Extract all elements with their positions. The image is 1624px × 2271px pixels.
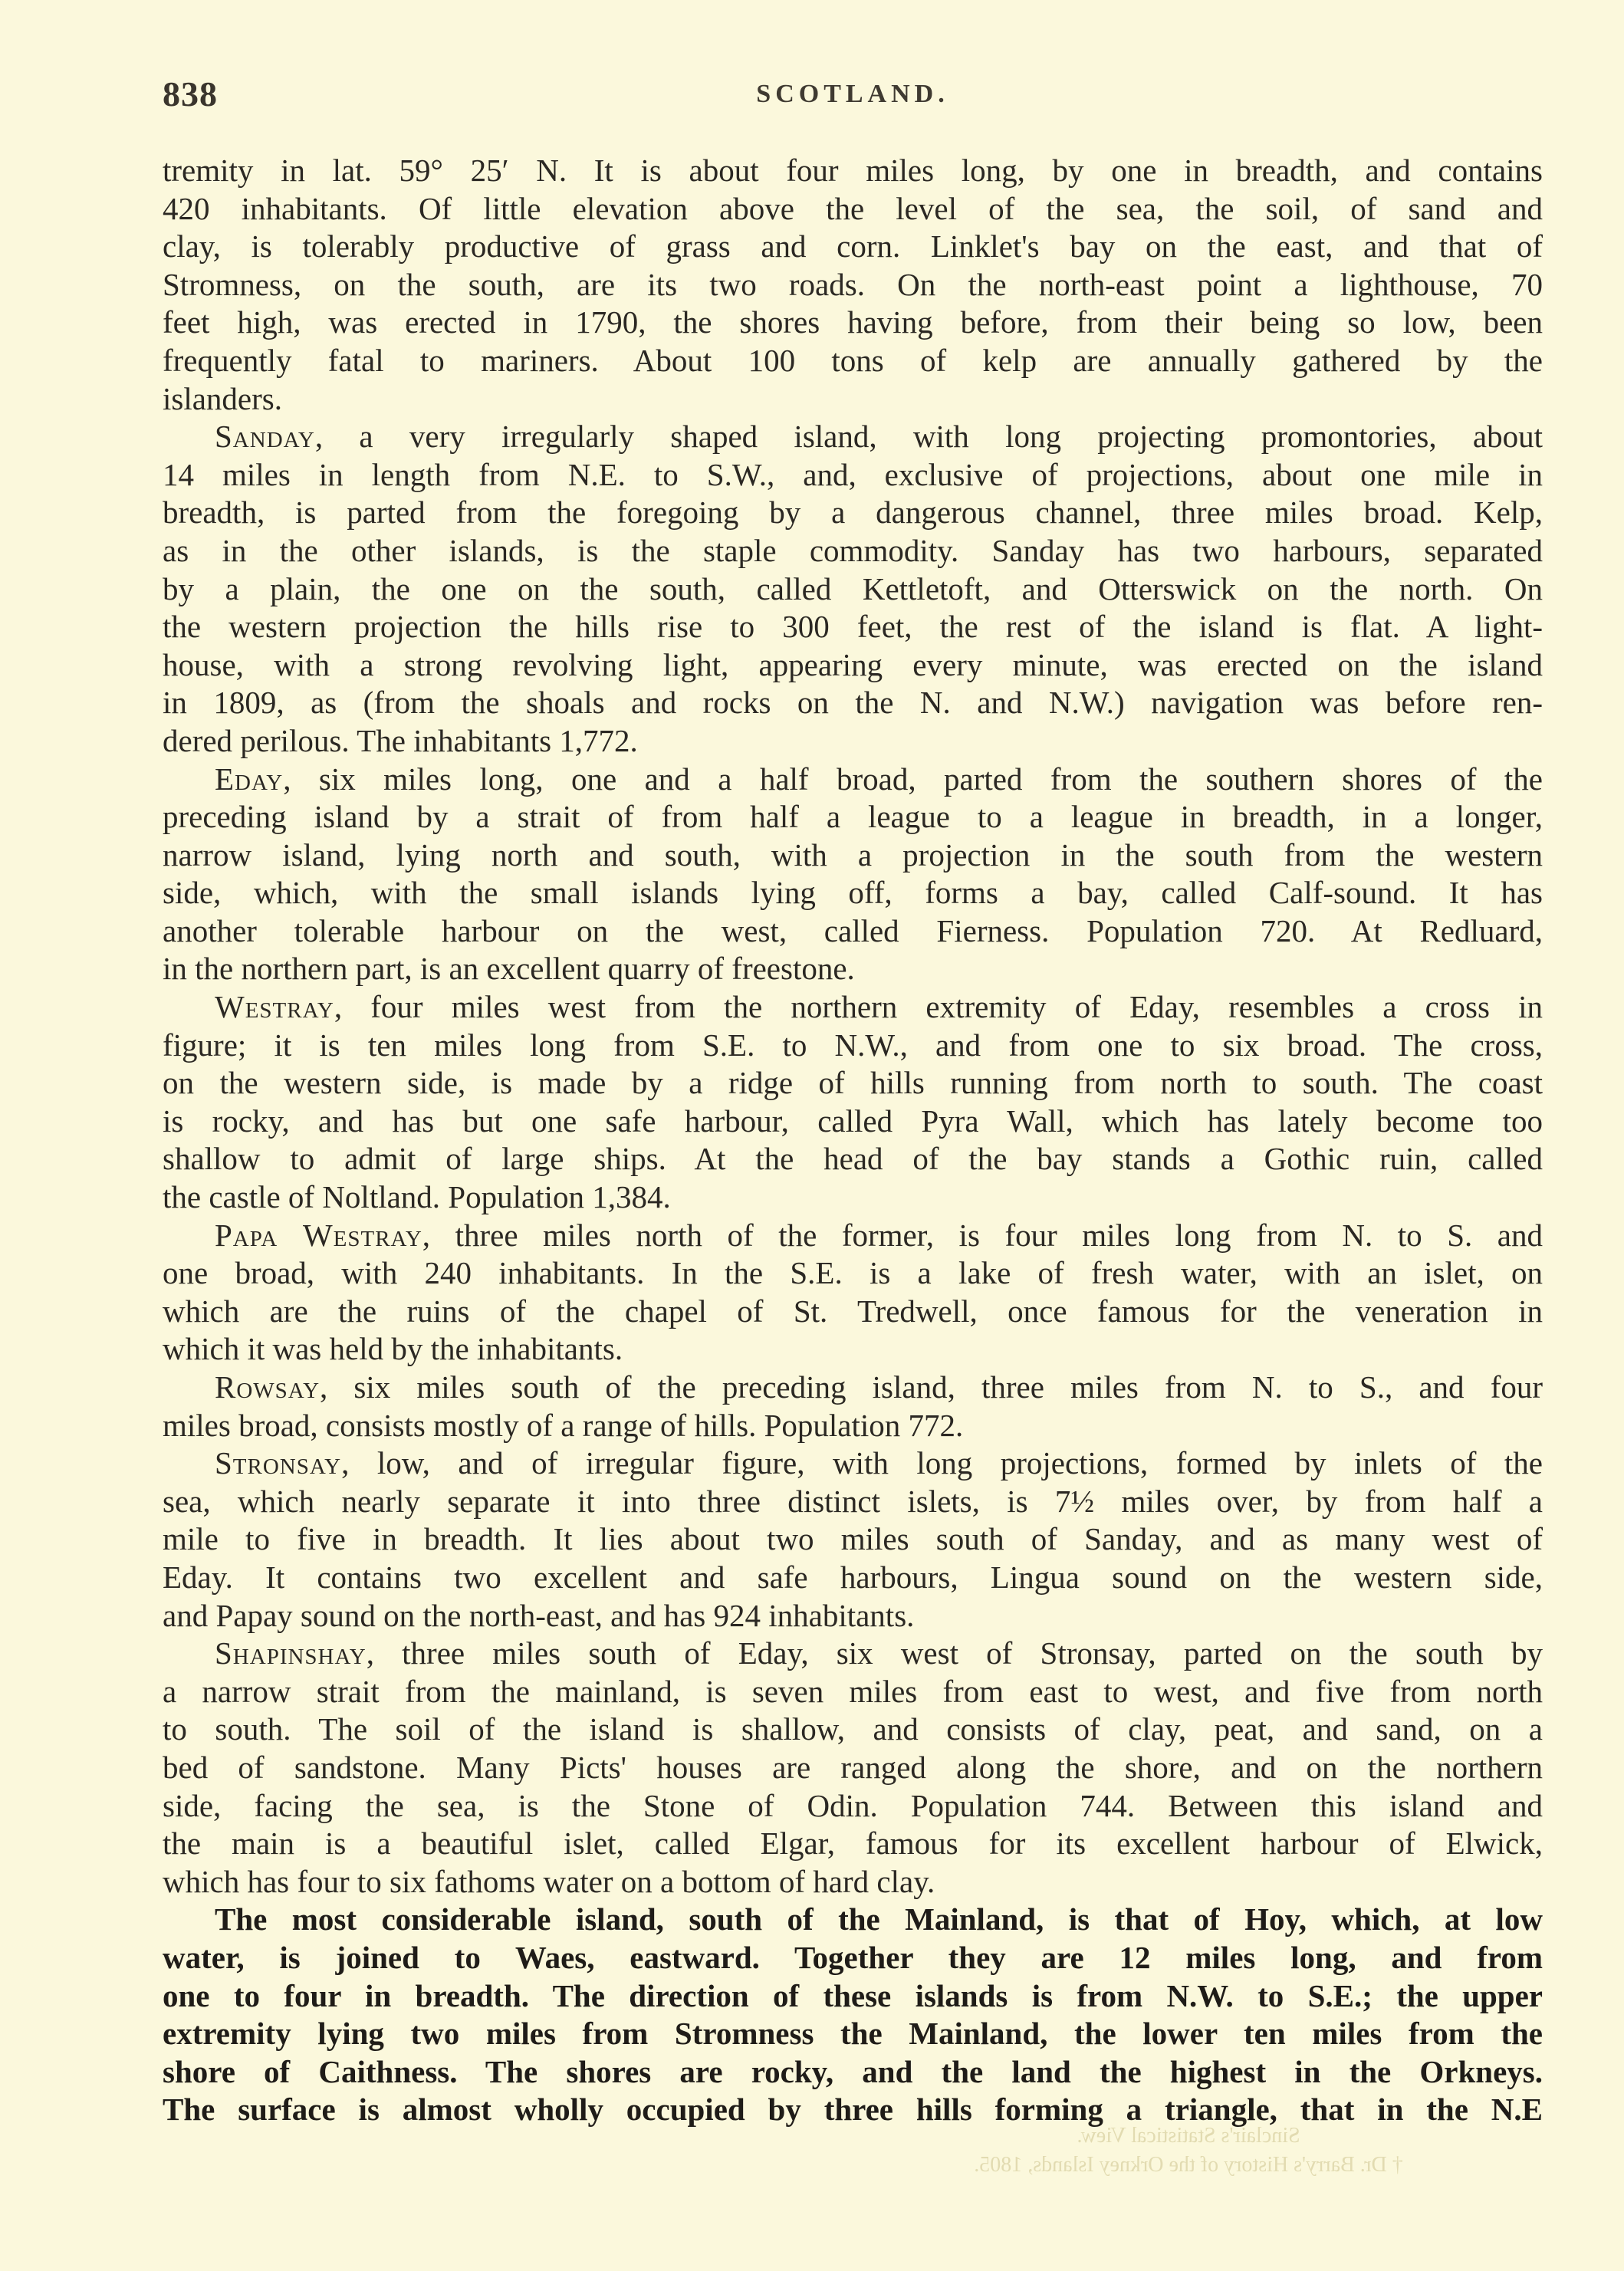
line-text: the main is a beautiful islet, called El… (163, 1826, 1543, 1861)
line-text: mile to five in breadth. It lies about t… (163, 1521, 1543, 1556)
text-line: Eday. It contains two excellent and safe… (163, 1559, 1543, 1597)
text-line: dered perilous. The inhabitants 1,772. (163, 722, 1543, 761)
line-text: The most considerable island, south of t… (215, 1901, 1543, 1937)
line-text: is rocky, and has but one safe harbour, … (163, 1103, 1543, 1139)
text-line: house, with a strong revolving light, ap… (163, 646, 1543, 685)
text-line: shallow to admit of large ships. At the … (163, 1140, 1543, 1178)
line-text: on the western side, is made by a ridge … (163, 1065, 1543, 1100)
paragraph-start-line: Eday, six miles long, one and a half bro… (163, 761, 1543, 799)
line-text: which has four to six fathoms water on a… (163, 1864, 935, 1899)
line-text: sea, which nearly separate it into three… (163, 1484, 1543, 1519)
line-text: , six miles long, one and a half broad, … (283, 761, 1543, 797)
line-text: side, which, with the small islands lyin… (163, 875, 1543, 910)
text-line: side, facing the sea, is the Stone of Od… (163, 1787, 1543, 1826)
text-line: mile to five in breadth. It lies about t… (163, 1520, 1543, 1559)
text-line: one to four in breadth. The direction of… (163, 1977, 1543, 2016)
text-line: to south. The soil of the island is shal… (163, 1711, 1543, 1749)
line-text: 14 miles in length from N.E. to S.W., an… (163, 457, 1543, 492)
text-line: figure; it is ten miles long from S.E. t… (163, 1027, 1543, 1065)
text-line: extremity lying two miles from Stromness… (163, 2015, 1543, 2053)
text-line: and Papay sound on the north-east, and h… (163, 1597, 1543, 1635)
text-line: sea, which nearly separate it into three… (163, 1483, 1543, 1521)
text-line: another tolerable harbour on the west, c… (163, 912, 1543, 951)
line-text: extremity lying two miles from Stromness… (163, 2016, 1543, 2051)
text-line: 420 inhabitants. Of little elevation abo… (163, 190, 1543, 228)
line-text: narrow island, lying north and south, wi… (163, 837, 1543, 873)
text-line: miles broad, consists mostly of a range … (163, 1407, 1543, 1445)
line-text: frequently fatal to mariners. About 100 … (163, 343, 1543, 378)
body-text: tremity in lat. 59° 25′ N. It is about f… (163, 152, 1543, 2129)
text-line: frequently fatal to mariners. About 100 … (163, 342, 1543, 380)
text-line: tremity in lat. 59° 25′ N. It is about f… (163, 152, 1543, 190)
text-line: water, is joined to Waes, eastward. Toge… (163, 1939, 1543, 1977)
text-line: which are the ruins of the chapel of St.… (163, 1293, 1543, 1331)
island-name: Papa Westray (215, 1218, 422, 1253)
text-line: breadth, is parted from the foregoing by… (163, 494, 1543, 532)
text-line: the western projection the hills rise to… (163, 608, 1543, 646)
line-text: preceding island by a strait of from hal… (163, 799, 1543, 834)
line-text: tremity in lat. 59° 25′ N. It is about f… (163, 153, 1543, 188)
line-text: one to four in breadth. The direction of… (163, 1978, 1543, 2013)
line-text: by a plain, the one on the south, called… (163, 571, 1543, 606)
paragraph-start-line: Papa Westray, three miles north of the f… (163, 1217, 1543, 1255)
page-header: 838 SCOTLAND. (163, 74, 1543, 120)
text-line: as in the other islands, is the staple c… (163, 532, 1543, 570)
text-line: narrow island, lying north and south, wi… (163, 836, 1543, 875)
line-text: miles broad, consists mostly of a range … (163, 1408, 963, 1443)
line-text: Eday. It contains two excellent and safe… (163, 1559, 1543, 1595)
line-text: in 1809, as (from the shoals and rocks o… (163, 685, 1543, 720)
line-text: a narrow strait from the mainland, is se… (163, 1674, 1543, 1709)
line-text: which it was held by the inhabitants. (163, 1331, 623, 1366)
line-text: shallow to admit of large ships. At the … (163, 1141, 1543, 1176)
line-text: clay, is tolerably productive of grass a… (163, 228, 1543, 264)
line-text: as in the other islands, is the staple c… (163, 533, 1543, 568)
line-text: bed of sandstone. Many Picts' houses are… (163, 1750, 1543, 1785)
text-line: the castle of Noltland. Population 1,384… (163, 1178, 1543, 1217)
line-text: , six miles south of the preceding islan… (320, 1369, 1543, 1405)
line-text: house, with a strong revolving light, ap… (163, 647, 1543, 682)
line-text: shore of Caithness. The shores are rocky… (163, 2054, 1543, 2089)
text-line: which it was held by the inhabitants. (163, 1330, 1543, 1369)
text-line: Stromness, on the south, are its two roa… (163, 266, 1543, 304)
island-name: Westray (215, 989, 334, 1024)
text-line: 14 miles in length from N.E. to S.W., an… (163, 456, 1543, 495)
line-text: one broad, with 240 inhabitants. In the … (163, 1255, 1543, 1290)
bleed-through-footnote-1: Sinclair's Statistical View. (882, 2124, 1495, 2148)
line-text: Stromness, on the south, are its two roa… (163, 267, 1543, 302)
line-text: to south. The soil of the island is shal… (163, 1711, 1543, 1747)
text-line: islanders. (163, 380, 1543, 419)
island-name: Rowsay (215, 1369, 320, 1405)
line-text: the western projection the hills rise to… (163, 609, 1543, 644)
line-text: , four miles west from the northern extr… (334, 989, 1543, 1024)
island-name: Eday (215, 761, 283, 797)
line-text: the castle of Noltland. Population 1,384… (163, 1179, 671, 1214)
island-name: Shapinshay (215, 1635, 367, 1671)
text-line: the main is a beautiful islet, called El… (163, 1825, 1543, 1863)
text-line: a narrow strait from the mainland, is se… (163, 1673, 1543, 1711)
paragraph-start-line: Stronsay, low, and of irregular figure, … (163, 1444, 1543, 1483)
line-text: another tolerable harbour on the west, c… (163, 913, 1543, 948)
line-text: side, facing the sea, is the Stone of Od… (163, 1788, 1543, 1823)
text-line: The most considerable island, south of t… (163, 1901, 1543, 1939)
text-line: preceding island by a strait of from hal… (163, 798, 1543, 836)
line-text: figure; it is ten miles long from S.E. t… (163, 1027, 1543, 1063)
line-text: water, is joined to Waes, eastward. Toge… (163, 1940, 1543, 1975)
island-name: Stronsay (215, 1445, 341, 1481)
line-text: in the northern part, is an excellent qu… (163, 951, 855, 986)
line-text: , three miles north of the former, is fo… (422, 1218, 1543, 1253)
island-name: Sanday (215, 419, 315, 454)
text-line: by a plain, the one on the south, called… (163, 570, 1543, 609)
line-text: The surface is almost wholly occupied by… (163, 2092, 1543, 2127)
text-line: side, which, with the small islands lyin… (163, 874, 1543, 912)
text-line: in the northern part, is an excellent qu… (163, 950, 1543, 988)
line-text: dered perilous. The inhabitants 1,772. (163, 723, 638, 758)
line-text: which are the ruins of the chapel of St.… (163, 1293, 1543, 1329)
text-line: feet high, was erected in 1790, the shor… (163, 304, 1543, 342)
paragraph-start-line: Shapinshay, three miles south of Eday, s… (163, 1635, 1543, 1673)
line-text: , three miles south of Eday, six west of… (367, 1635, 1543, 1671)
text-line: on the western side, is made by a ridge … (163, 1064, 1543, 1103)
line-text: islanders. (163, 381, 282, 416)
paragraph-start-line: Westray, four miles west from the northe… (163, 988, 1543, 1027)
paragraph-start-line: Rowsay, six miles south of the preceding… (163, 1369, 1543, 1407)
line-text: , low, and of irregular figure, with lon… (341, 1445, 1543, 1481)
bleed-through-footnote-2: † Dr. Barry's History of the Orkney Isla… (882, 2153, 1495, 2177)
text-line: bed of sandstone. Many Picts' houses are… (163, 1749, 1543, 1787)
line-text: 420 inhabitants. Of little elevation abo… (163, 191, 1543, 226)
text-line: which has four to six fathoms water on a… (163, 1863, 1543, 1901)
text-line: in 1809, as (from the shoals and rocks o… (163, 684, 1543, 722)
text-line: is rocky, and has but one safe harbour, … (163, 1103, 1543, 1141)
text-line: one broad, with 240 inhabitants. In the … (163, 1254, 1543, 1293)
line-text: and Papay sound on the north-east, and h… (163, 1598, 914, 1633)
text-line: clay, is tolerably productive of grass a… (163, 228, 1543, 266)
line-text: breadth, is parted from the foregoing by… (163, 495, 1543, 530)
line-text: feet high, was erected in 1790, the shor… (163, 304, 1543, 340)
text-line: shore of Caithness. The shores are rocky… (163, 2053, 1543, 2092)
line-text: , a very irregularly shaped island, with… (315, 419, 1543, 454)
running-title: SCOTLAND. (163, 80, 1543, 109)
paragraph-start-line: Sanday, a very irregularly shaped island… (163, 418, 1543, 456)
